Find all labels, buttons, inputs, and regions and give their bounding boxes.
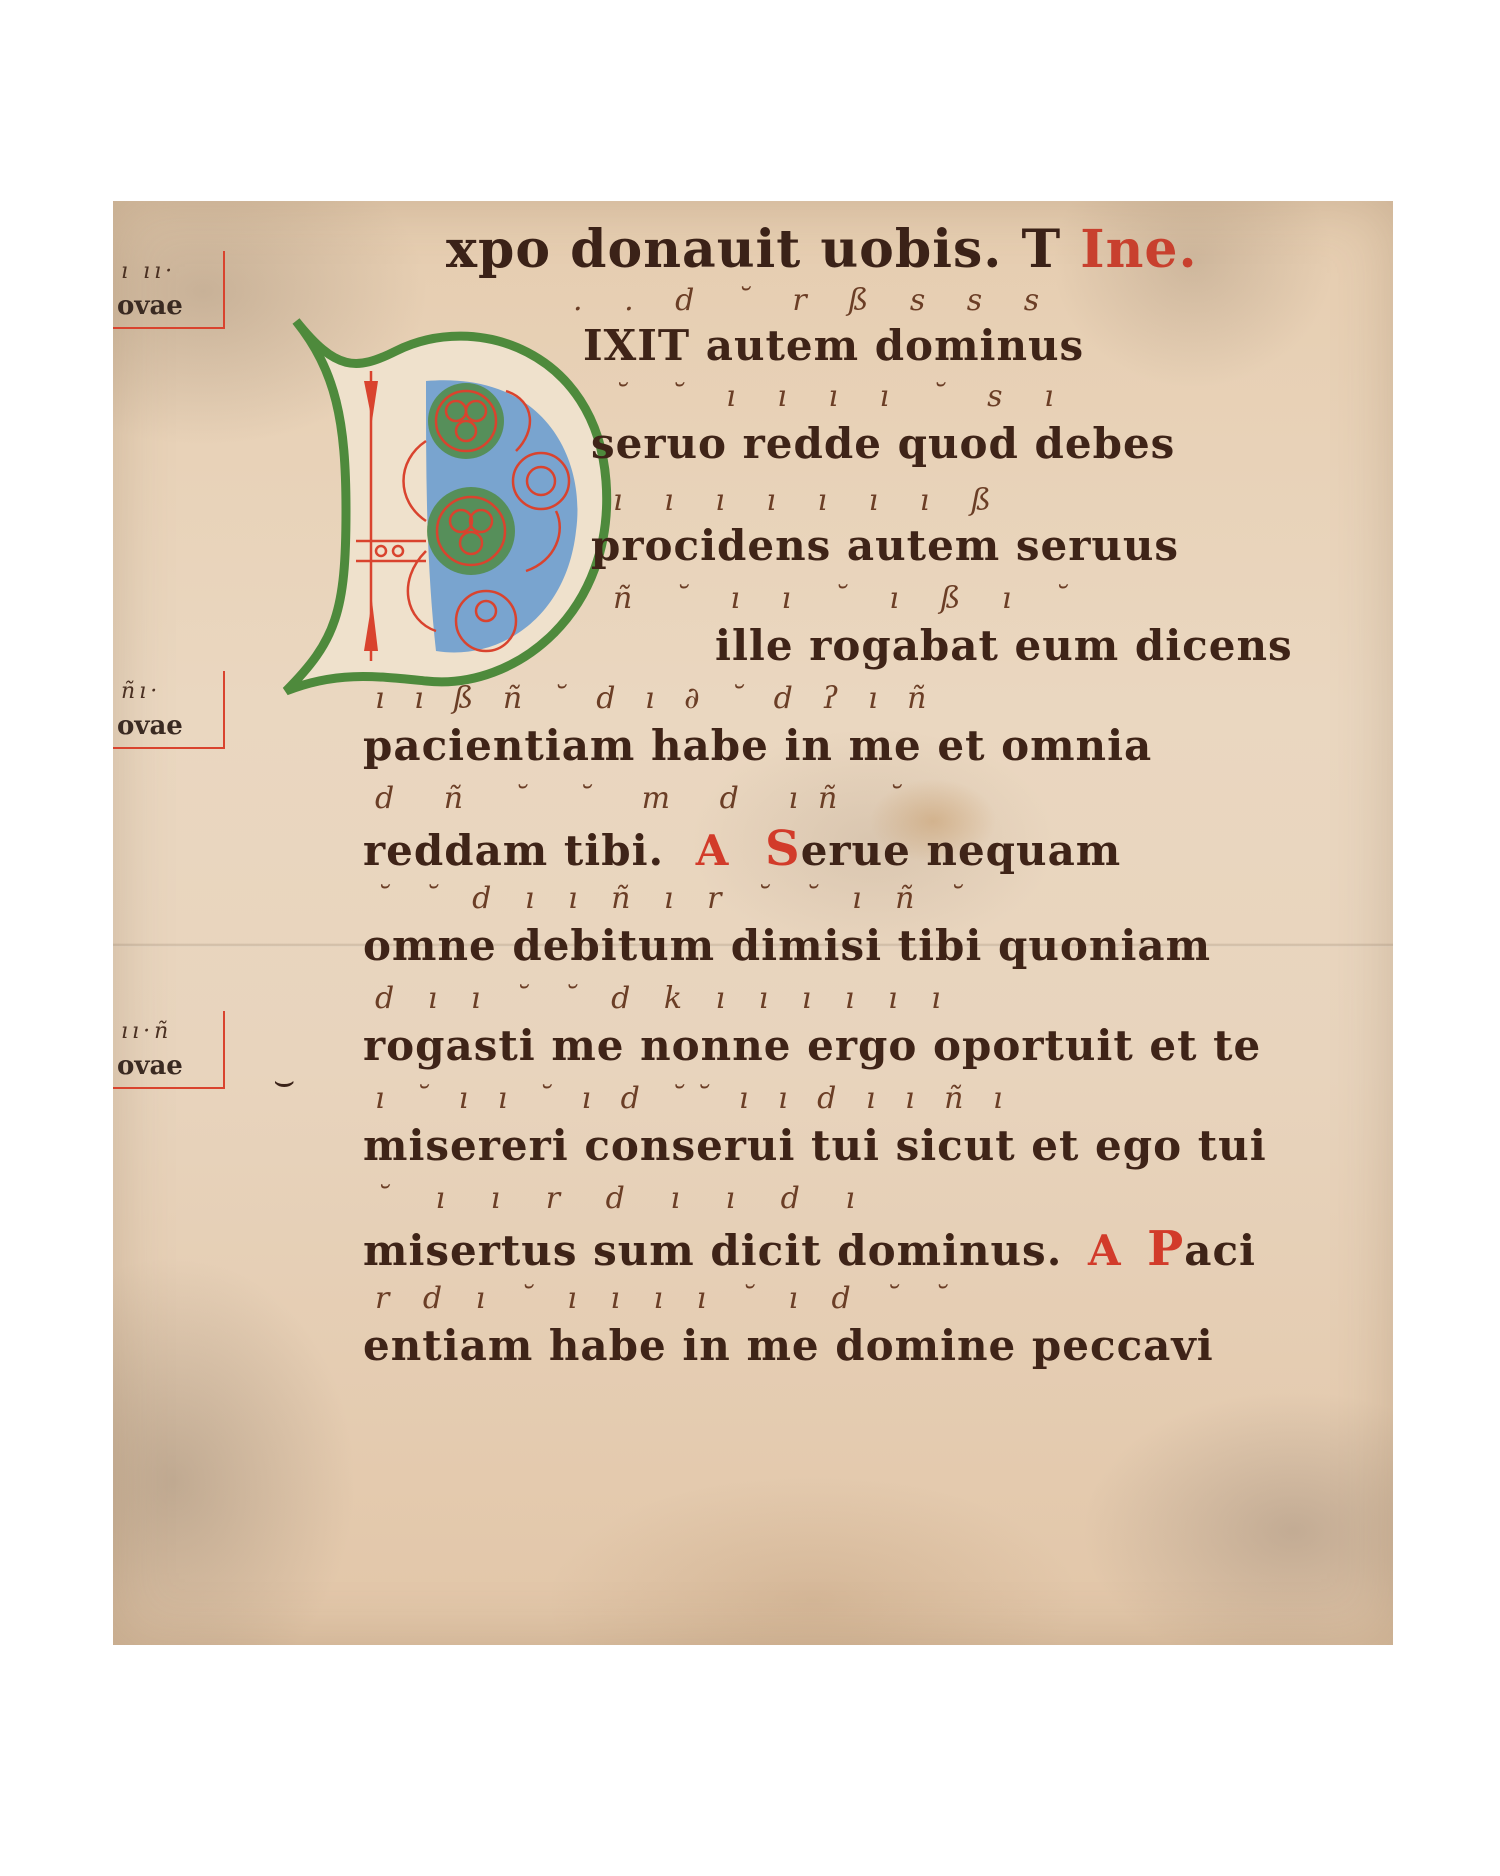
rubric-capital: S xyxy=(765,821,801,877)
margin-cue-box: ı ıı· ovae xyxy=(113,251,225,329)
text-line: ille rogabat eum dicens xyxy=(715,621,1293,670)
custos-mark-icon: ⌣ xyxy=(273,1061,295,1101)
margin-neumes: ñı· xyxy=(121,679,161,704)
line-text: reddam tibi. xyxy=(363,826,664,875)
antiphon-mark: A xyxy=(696,826,730,875)
text-line: omne debitum dimisi tibi quoniam xyxy=(363,921,1211,970)
neume-row: d ñ ˘ ˘ m d ıñ ˘ xyxy=(375,781,922,816)
neume-row: ı ˘ ı ı ˘ ı d ˘˘ ı ı d ı ı ñ ı xyxy=(375,1081,1013,1116)
text-line: reddam tibi. A Serue nequam xyxy=(363,821,1121,877)
line-continuation: aci xyxy=(1184,1226,1256,1275)
header-rubric: Ine. xyxy=(1080,219,1197,280)
text-line: procidens autem seruus xyxy=(591,521,1179,570)
antiphon-mark: A xyxy=(1088,1226,1122,1275)
neume-row: . . d ˘ r ß s s s xyxy=(573,283,1055,318)
neume-row: ı ı ı ı ı ı ı ß xyxy=(613,483,1007,518)
margin-cue-text: ovae xyxy=(117,1051,183,1081)
line-text: misertus sum dicit dominus. xyxy=(363,1226,1062,1275)
manuscript-folio: xpo donauit uobis. T Ine. . . d ˘ r ß s … xyxy=(113,201,1393,1645)
rubric-capital: P xyxy=(1147,1221,1184,1277)
neume-row: ñ ˘ ı ı ˘ ı ß ı ˘ xyxy=(613,581,1084,616)
margin-cue-text: ovae xyxy=(117,711,183,741)
neume-row: ˘ ˘ ı ı ı ı ˘ s ı xyxy=(613,379,1070,414)
margin-neumes: ıı·ñ xyxy=(121,1019,172,1044)
margin-cue-box: ıı·ñ ovae xyxy=(113,1011,225,1089)
illuminated-initial-d-icon xyxy=(276,311,616,701)
text-line: rogasti me nonne ergo oportuit et te xyxy=(363,1021,1261,1070)
margin-cue-box: ñı· ovae xyxy=(113,671,225,749)
text-line: seruo redde quod debes xyxy=(591,419,1175,468)
line-continuation: erue nequam xyxy=(801,826,1122,875)
text-line: misertus sum dicit dominus. A Paci xyxy=(363,1221,1256,1277)
header-line: xpo donauit uobis. T Ine. xyxy=(446,219,1198,280)
neume-row: ˘ ˘ d ı ı ñ ı r ˘ ˘ ı ñ ˘ xyxy=(375,881,975,916)
text-line: IXIT autem dominus xyxy=(583,321,1084,370)
text-line: pacientiam habe in me et omnia xyxy=(363,721,1152,770)
neume-row: r d ı ˘ ı ı ı ı ˘ ı d ˘ ˘ xyxy=(375,1281,960,1316)
text-line: misereri conserui tui sicut et ego tui xyxy=(363,1121,1267,1170)
margin-cue-text: ovae xyxy=(117,291,183,321)
neume-row: ı ı ß ñ ˘ d ı ∂ ˘ d ʔ ı ñ xyxy=(375,681,937,716)
neume-row: ˘ ı ı r d ı ı d ı xyxy=(375,1181,873,1216)
header-text: xpo donauit uobis. T xyxy=(446,219,1061,280)
neume-row: d ı ı ˘ ˘ d k ı ı ı ı ı ı xyxy=(375,981,953,1016)
text-line: entiam habe in me domine peccavi xyxy=(363,1321,1214,1370)
margin-neumes: ı ıı· xyxy=(121,259,176,284)
